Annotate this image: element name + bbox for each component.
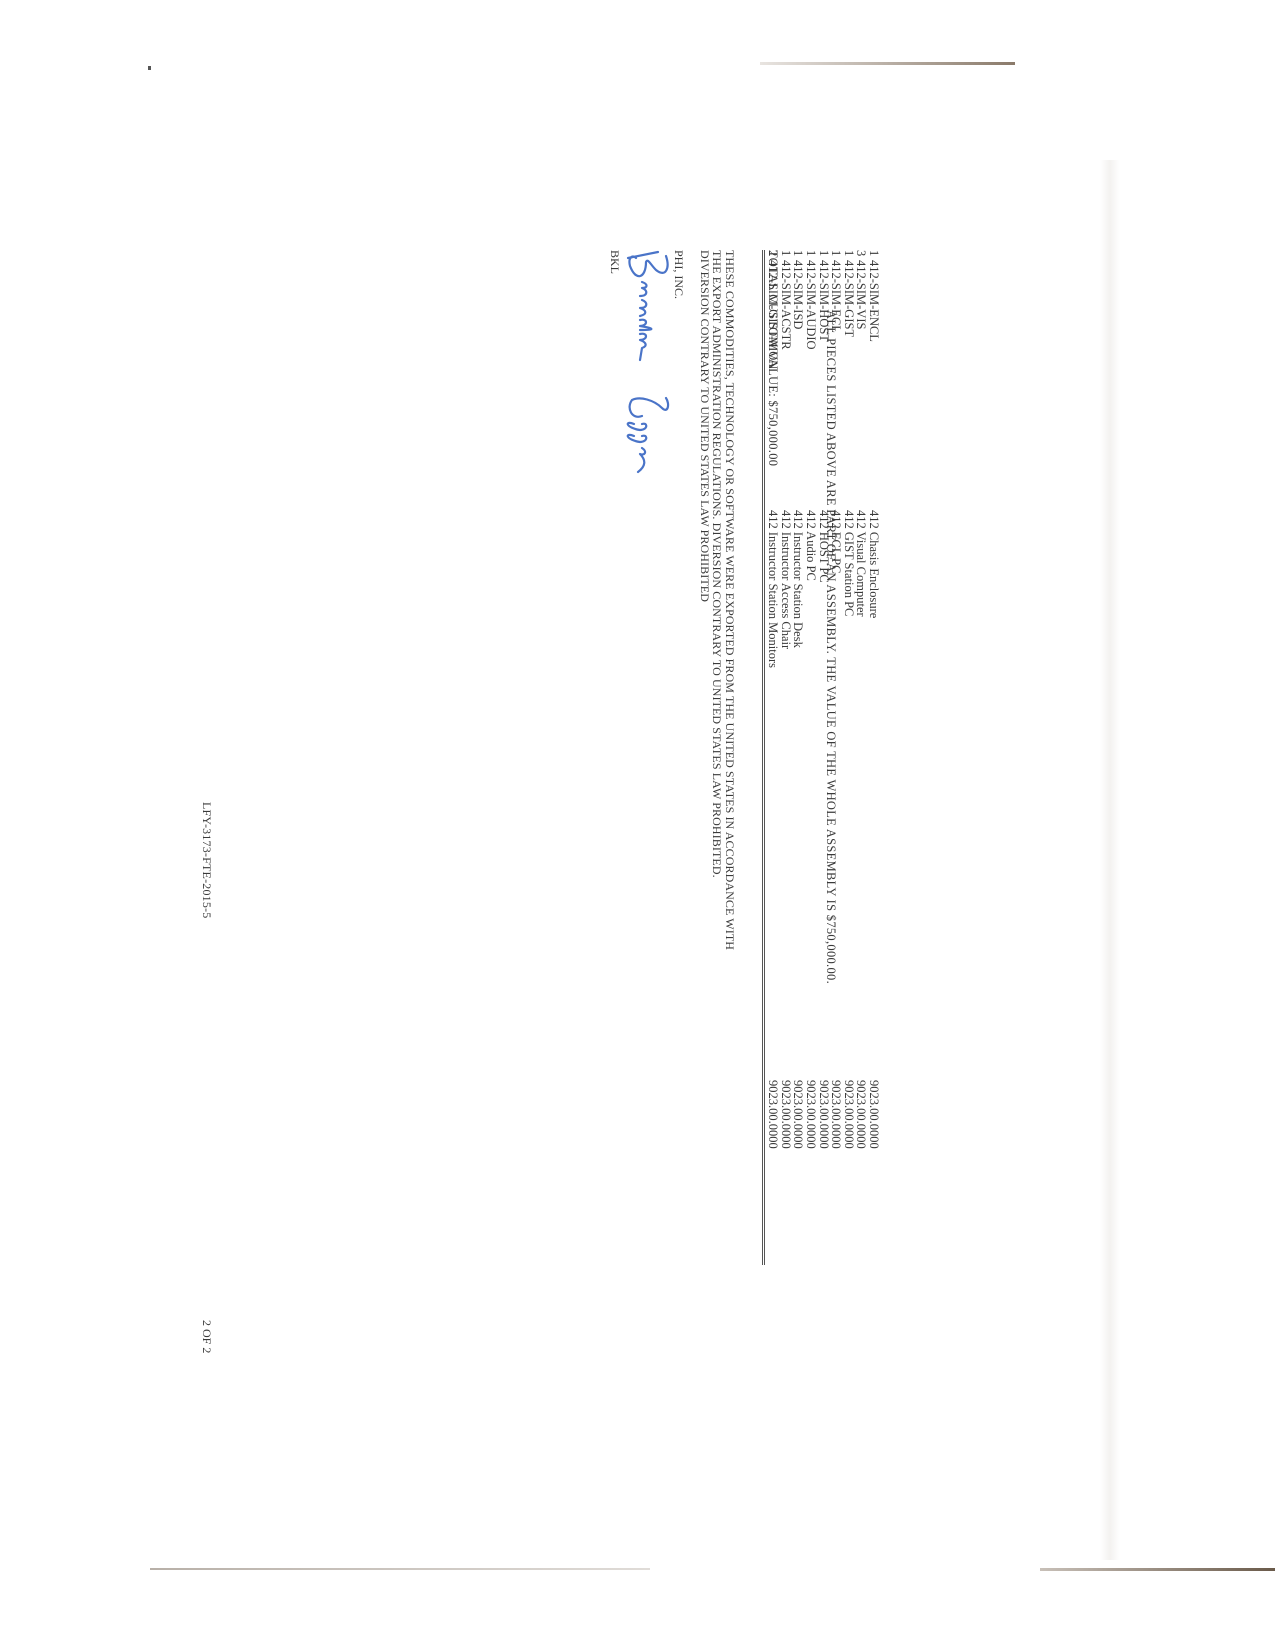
hts-cell: 9023.00.0000 [792, 1080, 805, 1200]
table-row: 1 412-SIM-ACSTR 412 Instructor Access Ch… [779, 250, 792, 1265]
qty-cell: 1 [842, 250, 855, 260]
scan-mark [148, 66, 151, 70]
page-number: 2 OF 2 [199, 1320, 214, 1353]
scan-edge-top [760, 62, 1015, 65]
total-custom-value: TOTAL CUSTOM VALUE: $750,000.00 [765, 250, 780, 466]
signature [622, 248, 672, 488]
part-cell: 412-SIM-ISD [792, 260, 805, 510]
table-row: 1 412-SIM-ISD 412 Instructor Station Des… [792, 250, 805, 1265]
description-cell: 412 Audio PC [804, 510, 817, 1080]
scan-edge-right [1100, 160, 1120, 1560]
reference-number: LFY-3173-FTE-2015-5 [199, 802, 214, 918]
hts-cell: 9023.00.0000 [817, 1080, 830, 1200]
rotated-page: 1 412-SIM-ENCL 412 Chasis Enclosure 9023… [170, 170, 1070, 1500]
table-row: 3 412-SIM-VIS 412 Visual Computer 9023.0… [855, 250, 868, 1265]
description-cell: 412 Instructor Station Monitors [767, 510, 780, 1080]
initials: BKL [607, 250, 622, 274]
part-cell: 412-SIM-AUDIO [804, 260, 817, 510]
qty-cell: 3 [855, 250, 868, 260]
hts-cell: 9023.00.0000 [779, 1080, 792, 1200]
description-cell: 412 GIST Station PC [842, 510, 855, 1080]
export-notice-line: THE EXPORT ADMINISTRATION REGULATIONS. D… [711, 250, 724, 950]
part-cell: 412-SIM-VIS [855, 260, 868, 510]
qty-cell: 1 [830, 250, 843, 260]
part-cell: 412-SIM-ENCL [867, 260, 880, 510]
description-cell: 412 Instructor Station Desk [792, 510, 805, 1080]
export-notice-line: DIVERSION CONTRARY TO UNITED STATES LAW … [698, 250, 711, 950]
hts-cell: 9023.00.0000 [842, 1080, 855, 1200]
export-notice: THESE COMMODITIES, TECHNOLOGY OR SOFTWAR… [698, 250, 736, 950]
hts-cell: 9023.00.0000 [767, 1080, 780, 1200]
qty-cell: 1 [817, 250, 830, 260]
description-cell: 412 Chasis Enclosure [867, 510, 880, 1080]
hts-cell: 9023.00.0000 [867, 1080, 880, 1200]
assembly-statement: ALL PIECES LISTED ABOVE ARE PART OF AN A… [823, 310, 838, 984]
scan-edge-left [150, 1568, 650, 1570]
qty-cell: 1 [867, 250, 880, 260]
qty-cell: 1 [792, 250, 805, 260]
description-cell: 412 Visual Computer [855, 510, 868, 1080]
table-row: 1 412-SIM-ENCL 412 Chasis Enclosure 9023… [867, 250, 880, 1265]
qty-cell: 1 [779, 250, 792, 260]
hts-cell: 9023.00.0000 [804, 1080, 817, 1200]
table-row: 1 412-SIM-AUDIO 412 Audio PC 9023.00.000… [804, 250, 817, 1265]
hts-cell: 9023.00.0000 [855, 1080, 868, 1200]
part-cell: 412-SIM-GIST [842, 260, 855, 510]
scan-edge-bottom [1040, 1568, 1275, 1571]
qty-cell: 1 [804, 250, 817, 260]
export-notice-line: THESE COMMODITIES, TECHNOLOGY OR SOFTWAR… [723, 250, 736, 950]
company-name: PHI, INC. [671, 250, 686, 299]
part-cell: 412-SIM-ACSTR [779, 260, 792, 510]
hts-cell: 9023.00.0000 [830, 1080, 843, 1200]
table-row: 1 412-SIM-GIST 412 GIST Station PC 9023.… [842, 250, 855, 1265]
description-cell: 412 Instructor Access Chair [779, 510, 792, 1080]
